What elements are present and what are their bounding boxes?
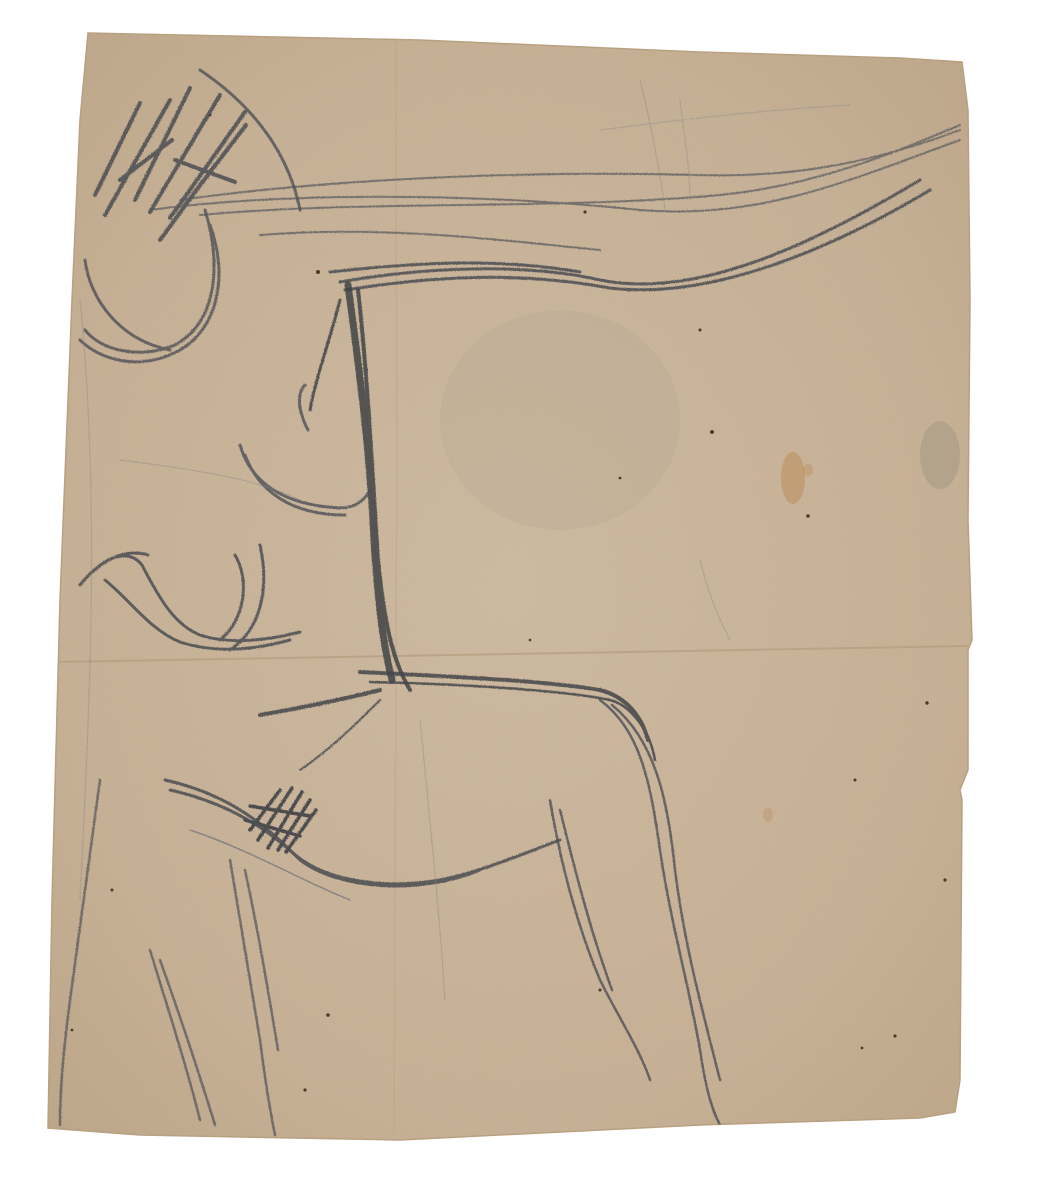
grey-smudge xyxy=(920,421,960,489)
paper-grain xyxy=(0,0,1045,1200)
grey-smudge-centre xyxy=(440,310,680,530)
rust-stain-small xyxy=(803,464,813,476)
rust-stain xyxy=(781,452,805,504)
pencil-sketch-artwork xyxy=(0,0,1045,1200)
paper-sheet xyxy=(0,0,1045,1200)
rust-stain-low xyxy=(763,808,773,822)
